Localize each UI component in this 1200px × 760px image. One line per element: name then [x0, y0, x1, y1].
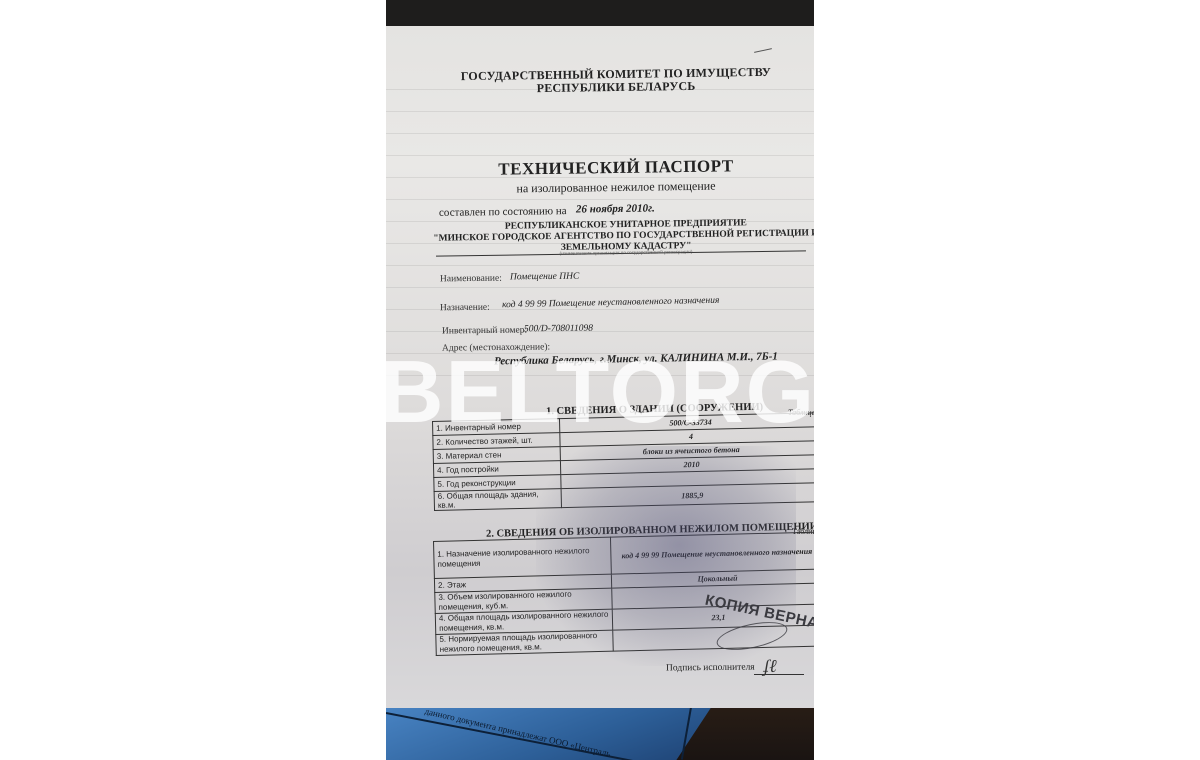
inventory-label: Инвентарный номер:	[442, 326, 527, 337]
as-of-label: составлен по состоянию на	[439, 205, 567, 219]
committee-heading: ГОСУДАРСТВЕННЫЙ КОМИТЕТ ПО ИМУЩЕСТВУ РЕС…	[426, 65, 806, 96]
name-value: Помещение ПНС	[510, 272, 579, 283]
inventory-value: 500/D-708011098	[524, 324, 593, 335]
document-photo: данного документа принадлежат ООО «Центр…	[386, 0, 814, 760]
name-label: Наименование:	[440, 274, 502, 285]
pen-mark	[754, 48, 772, 53]
address-label: Адрес (местонахождение):	[442, 342, 550, 353]
signature-label: Подпись исполнителя	[666, 663, 755, 674]
signature-line	[754, 674, 804, 675]
signature: ʄℓ	[764, 656, 777, 677]
passport-page: ГОСУДАРСТВЕННЫЙ КОМИТЕТ ПО ИМУЩЕСТВУ РЕС…	[386, 26, 814, 708]
purpose-label: Назначение:	[440, 303, 490, 314]
as-of-date: 26 ноября 2010г.	[576, 202, 655, 215]
